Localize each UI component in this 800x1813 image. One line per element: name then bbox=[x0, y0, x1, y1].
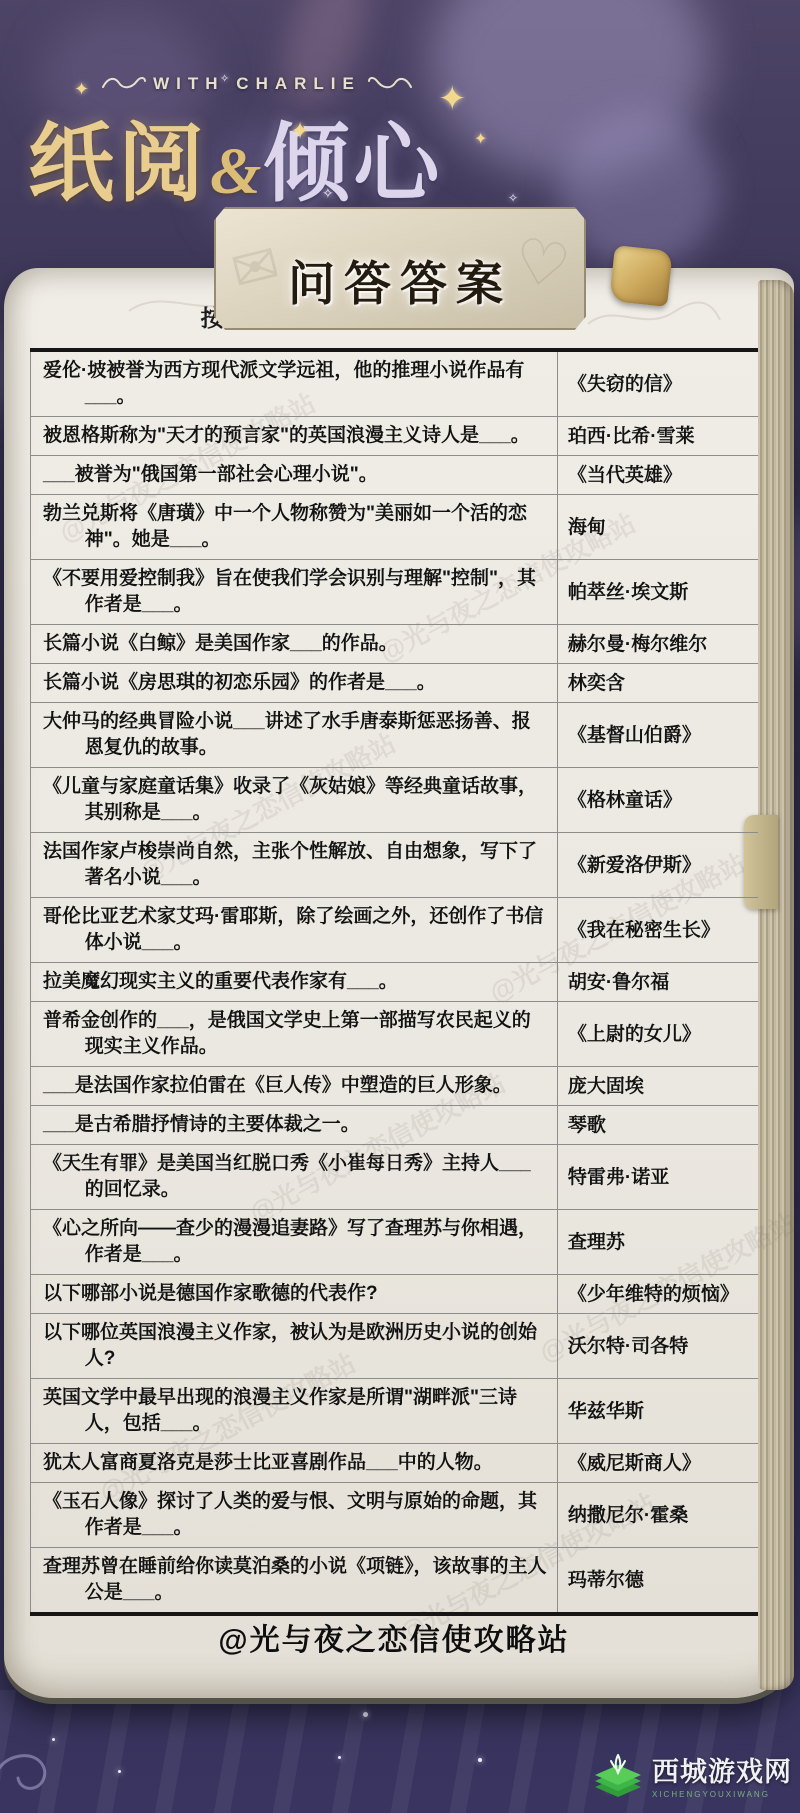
question-text: 普希金创作的___，是俄国文学史上第一部描写农民起义的现实主义作品。 bbox=[43, 1008, 549, 1060]
answer-cell: 赫尔曼·梅尔维尔 bbox=[557, 625, 758, 664]
question-cell: 哥伦比亚艺术家艾玛·雷耶斯，除了绘画之外，还创作了书信体小说___。 bbox=[31, 898, 558, 963]
heart-sketch-icon: ♡ bbox=[508, 223, 575, 305]
question-cell: 长篇小说《房思琪的初恋乐园》的作者是___。 bbox=[31, 664, 558, 703]
site-logo-icon bbox=[591, 1751, 645, 1799]
table-row: 以下哪位英国浪漫主义作家，被认为是欧洲历史小说的创始人? 沃尔特·司各特 bbox=[31, 1314, 759, 1379]
site-name: 西城游戏网 bbox=[652, 1750, 792, 1789]
answer-cell: 帕萃丝·埃文斯 bbox=[557, 560, 758, 625]
swirl-ornament-icon bbox=[0, 1698, 106, 1813]
page-title: 纸阅&倾心 bbox=[28, 94, 443, 218]
logo: WITH CHARLIE 纸阅&倾心 ✦ ✦ ✦ ✦ ✧ ✧ ✧ bbox=[22, 74, 582, 224]
question-text: 法国作家卢梭崇尚自然，主张个性解放、自由想象，写下了著名小说___。 bbox=[43, 839, 549, 891]
answer-cell: 琴歌 bbox=[557, 1106, 758, 1145]
answer-cell: 《失窃的信》 bbox=[557, 350, 758, 417]
credit-line: @光与夜之恋信使攻略站 bbox=[30, 1615, 758, 1659]
answer-cell: 林奕含 bbox=[557, 664, 758, 703]
answer-cell: 特雷弗·诺亚 bbox=[557, 1145, 758, 1210]
question-cell: 被恩格斯称为"天才的预言家"的英国浪漫主义诗人是___。 bbox=[31, 417, 558, 456]
tagline-text: WITH CHARLIE bbox=[153, 74, 361, 93]
question-text: 拉美魔幻现实主义的重要代表作家有___。 bbox=[43, 969, 549, 995]
flourish-right-icon bbox=[367, 74, 413, 92]
question-text: 被恩格斯称为"天才的预言家"的英国浪漫主义诗人是___。 bbox=[43, 423, 549, 449]
question-text: 《不要用爱控制我》旨在使我们学会识别与理解"控制"，其作者是___。 bbox=[43, 566, 549, 618]
question-text: 爱伦·坡被誉为西方现代派文学远祖，他的推理小说作品有___。 bbox=[43, 358, 549, 410]
answer-cell: 《格林童话》 bbox=[557, 768, 758, 833]
flourish-left-icon bbox=[101, 74, 147, 92]
table-row: 勃兰兑斯将《唐璜》中一个人物称赞为"美丽如一个活的恋神"。她是___。 海甸 bbox=[31, 495, 759, 560]
question-text: 英国文学中最早出现的浪漫主义作家是所谓"湖畔派"三诗人，包括___。 bbox=[43, 1385, 549, 1437]
table-row: 普希金创作的___，是俄国文学史上第一部描写农民起义的现实主义作品。 《上尉的女… bbox=[31, 1002, 759, 1067]
answer-cell: 沃尔特·司各特 bbox=[557, 1314, 758, 1379]
answer-cell: 《威尼斯商人》 bbox=[557, 1444, 758, 1483]
table-row: 长篇小说《白鲸》是美国作家___的作品。 赫尔曼·梅尔维尔 bbox=[31, 625, 759, 664]
question-cell: ___被誉为"俄国第一部社会心理小说"。 bbox=[31, 456, 558, 495]
sparkle-icon: ✦ bbox=[290, 120, 310, 144]
question-text: 以下哪部小说是德国作家歌德的代表作? bbox=[43, 1281, 549, 1307]
tagline: WITH CHARLIE bbox=[22, 74, 492, 95]
question-text: 勃兰兑斯将《唐璜》中一个人物称赞为"美丽如一个活的恋神"。她是___。 bbox=[43, 501, 549, 553]
gold-corner-ornament bbox=[609, 245, 673, 307]
question-text: 《儿童与家庭童话集》收录了《灰姑娘》等经典童话故事，其别称是___。 bbox=[43, 774, 549, 826]
sparkle-icon: ✦ bbox=[74, 80, 89, 98]
answer-cell: 《我在秘密生长》 bbox=[557, 898, 758, 963]
table-row: 《玉石人像》探讨了人类的爱与恨、文明与原始的命题，其作者是___。 纳撒尼尔·霍… bbox=[31, 1483, 759, 1548]
question-text: 长篇小说《白鲸》是美国作家___的作品。 bbox=[43, 631, 549, 657]
question-text: ___是法国作家拉伯雷在《巨人传》中塑造的巨人形象。 bbox=[43, 1073, 549, 1099]
answer-cell: 华兹华斯 bbox=[557, 1379, 758, 1444]
question-text: 《心之所向——查少的漫漫追妻路》写了查理苏与你相遇，作者是___。 bbox=[43, 1216, 549, 1268]
qa-table: 爱伦·坡被誉为西方现代派文学远祖，他的推理小说作品有___。 《失窃的信》 被恩… bbox=[30, 348, 758, 1616]
question-cell: ___是法国作家拉伯雷在《巨人传》中塑造的巨人形象。 bbox=[31, 1067, 558, 1106]
table-row: 长篇小说《房思琪的初恋乐园》的作者是___。 林奕含 bbox=[31, 664, 759, 703]
question-text: ___被誉为"俄国第一部社会心理小说"。 bbox=[43, 462, 549, 488]
question-cell: 以下哪位英国浪漫主义作家，被认为是欧洲历史小说的创始人? bbox=[31, 1314, 558, 1379]
table-row: 哥伦比亚艺术家艾玛·雷耶斯，除了绘画之外，还创作了书信体小说___。 《我在秘密… bbox=[31, 898, 759, 963]
answer-cell: 海甸 bbox=[557, 495, 758, 560]
sparkle-icon: ✧ bbox=[508, 192, 518, 204]
table-row: 《天生有罪》是美国当红脱口秀《小崔每日秀》主持人___的回忆录。 特雷弗·诺亚 bbox=[31, 1145, 759, 1210]
question-cell: 普希金创作的___，是俄国文学史上第一部描写农民起义的现实主义作品。 bbox=[31, 1002, 558, 1067]
answer-cell: 玛蒂尔德 bbox=[557, 1548, 758, 1615]
screenshot-root: @光与夜之恋信使攻略站@光与夜之恋信使攻略站@光与夜之恋信使攻略站@光与夜之恋信… bbox=[0, 0, 800, 1813]
question-text: 长篇小说《房思琪的初恋乐园》的作者是___。 bbox=[43, 670, 549, 696]
table-row: 以下哪部小说是德国作家歌德的代表作? 《少年维特的烦恼》 bbox=[31, 1275, 759, 1314]
answer-cell: 《新爱洛伊斯》 bbox=[557, 833, 758, 898]
question-cell: 犹太人富商夏洛克是莎士比亚喜剧作品___中的人物。 bbox=[31, 1444, 558, 1483]
table-row: 爱伦·坡被誉为西方现代派文学远祖，他的推理小说作品有___。 《失窃的信》 bbox=[31, 350, 759, 417]
question-text: 大仲马的经典冒险小说___讲述了水手唐泰斯惩恶扬善、报恩复仇的故事。 bbox=[43, 709, 549, 761]
question-cell: 爱伦·坡被誉为西方现代派文学远祖，他的推理小说作品有___。 bbox=[31, 350, 558, 417]
answer-cell: 珀西·比希·雪莱 bbox=[557, 417, 758, 456]
question-cell: 《天生有罪》是美国当红脱口秀《小崔每日秀》主持人___的回忆录。 bbox=[31, 1145, 558, 1210]
answer-cell: 《少年维特的烦恼》 bbox=[557, 1275, 758, 1314]
question-cell: 法国作家卢梭崇尚自然，主张个性解放、自由想象，写下了著名小说___。 bbox=[31, 833, 558, 898]
table-row: 犹太人富商夏洛克是莎士比亚喜剧作品___中的人物。 《威尼斯商人》 bbox=[31, 1444, 759, 1483]
table-row: 《儿童与家庭童话集》收录了《灰姑娘》等经典童话故事，其别称是___。 《格林童话… bbox=[31, 768, 759, 833]
table-row: ___是古希腊抒情诗的主要体裁之一。 琴歌 bbox=[31, 1106, 759, 1145]
question-cell: 大仲马的经典冒险小说___讲述了水手唐泰斯惩恶扬善、报恩复仇的故事。 bbox=[31, 703, 558, 768]
question-cell: 《儿童与家庭童话集》收录了《灰姑娘》等经典童话故事，其别称是___。 bbox=[31, 768, 558, 833]
table-row: ___被誉为"俄国第一部社会心理小说"。 《当代英雄》 bbox=[31, 456, 759, 495]
question-cell: 长篇小说《白鲸》是美国作家___的作品。 bbox=[31, 625, 558, 664]
site-watermark: 西城游戏网 XICHENGYOUXIWANG bbox=[591, 1750, 792, 1799]
question-cell: 《心之所向——查少的漫漫追妻路》写了查理苏与你相遇，作者是___。 bbox=[31, 1210, 558, 1275]
question-cell: 拉美魔幻现实主义的重要代表作家有___。 bbox=[31, 963, 558, 1002]
answer-cell: 庞大固埃 bbox=[557, 1067, 758, 1106]
answer-cell: 《基督山伯爵》 bbox=[557, 703, 758, 768]
question-text: 以下哪位英国浪漫主义作家，被认为是欧洲历史小说的创始人? bbox=[43, 1320, 549, 1372]
sparkle-icon: ✧ bbox=[220, 74, 229, 85]
question-text: 犹太人富商夏洛克是莎士比亚喜剧作品___中的人物。 bbox=[43, 1450, 549, 1476]
answer-cell: 《上尉的女儿》 bbox=[557, 1002, 758, 1067]
table-row: 《心之所向——查少的漫漫追妻路》写了查理苏与你相遇，作者是___。 查理苏 bbox=[31, 1210, 759, 1275]
title-ampersand: & bbox=[210, 135, 261, 208]
question-cell: 《玉石人像》探讨了人类的爱与恨、文明与原始的命题，其作者是___。 bbox=[31, 1483, 558, 1548]
site-subtext: XICHENGYOUXIWANG bbox=[652, 1790, 792, 1799]
qa-table-body: 爱伦·坡被誉为西方现代派文学远祖，他的推理小说作品有___。 《失窃的信》 被恩… bbox=[31, 350, 759, 1614]
question-cell: 以下哪部小说是德国作家歌德的代表作? bbox=[31, 1275, 558, 1314]
table-row: ___是法国作家拉伯雷在《巨人传》中塑造的巨人形象。 庞大固埃 bbox=[31, 1067, 759, 1106]
sparkle-icon: ✧ bbox=[322, 186, 334, 200]
question-cell: 《不要用爱控制我》旨在使我们学会识别与理解"控制"，其作者是___。 bbox=[31, 560, 558, 625]
sparkle-icon: ✦ bbox=[438, 82, 467, 116]
answer-cell: 《当代英雄》 bbox=[557, 456, 758, 495]
question-cell: 勃兰兑斯将《唐璜》中一个人物称赞为"美丽如一个活的恋神"。她是___。 bbox=[31, 495, 558, 560]
question-text: ___是古希腊抒情诗的主要体裁之一。 bbox=[43, 1112, 549, 1138]
answer-cell: 纳撒尼尔·霍桑 bbox=[557, 1483, 758, 1548]
title-left: 纸阅 bbox=[28, 116, 208, 212]
table-row: 拉美魔幻现实主义的重要代表作家有___。 胡安·鲁尔福 bbox=[31, 963, 759, 1002]
question-text: 哥伦比亚艺术家艾玛·雷耶斯，除了绘画之外，还创作了书信体小说___。 bbox=[43, 904, 549, 956]
question-text: 《玉石人像》探讨了人类的爱与恨、文明与原始的命题，其作者是___。 bbox=[43, 1489, 549, 1541]
table-row: 《不要用爱控制我》旨在使我们学会识别与理解"控制"，其作者是___。 帕萃丝·埃… bbox=[31, 560, 759, 625]
table-row: 大仲马的经典冒险小说___讲述了水手唐泰斯惩恶扬善、报恩复仇的故事。 《基督山伯… bbox=[31, 703, 759, 768]
sparkle-icon: ✦ bbox=[474, 132, 487, 148]
envelope-sketch-icon: ✉ bbox=[225, 230, 286, 305]
qa-banner: ✉ ♡ 问答答案 bbox=[214, 207, 586, 330]
qa-banner-label: 问答答案 bbox=[288, 247, 512, 314]
answer-cell: 胡安·鲁尔福 bbox=[557, 963, 758, 1002]
question-cell: 英国文学中最早出现的浪漫主义作家是所谓"湖畔派"三诗人，包括___。 bbox=[31, 1379, 558, 1444]
table-row: 英国文学中最早出现的浪漫主义作家是所谓"湖畔派"三诗人，包括___。 华兹华斯 bbox=[31, 1379, 759, 1444]
question-cell: ___是古希腊抒情诗的主要体裁之一。 bbox=[31, 1106, 558, 1145]
question-text: 查理苏曾在睡前给你读莫泊桑的小说《项链》，该故事的主人公是___。 bbox=[43, 1554, 549, 1606]
table-row: 法国作家卢梭崇尚自然，主张个性解放、自由想象，写下了著名小说___。 《新爱洛伊… bbox=[31, 833, 759, 898]
answer-cell: 查理苏 bbox=[557, 1210, 758, 1275]
table-row: 被恩格斯称为"天才的预言家"的英国浪漫主义诗人是___。 珀西·比希·雪莱 bbox=[31, 417, 759, 456]
question-text: 《天生有罪》是美国当红脱口秀《小崔每日秀》主持人___的回忆录。 bbox=[43, 1151, 549, 1203]
table-row: 查理苏曾在睡前给你读莫泊桑的小说《项链》，该故事的主人公是___。 玛蒂尔德 bbox=[31, 1548, 759, 1615]
question-cell: 查理苏曾在睡前给你读莫泊桑的小说《项链》，该故事的主人公是___。 bbox=[31, 1548, 558, 1615]
